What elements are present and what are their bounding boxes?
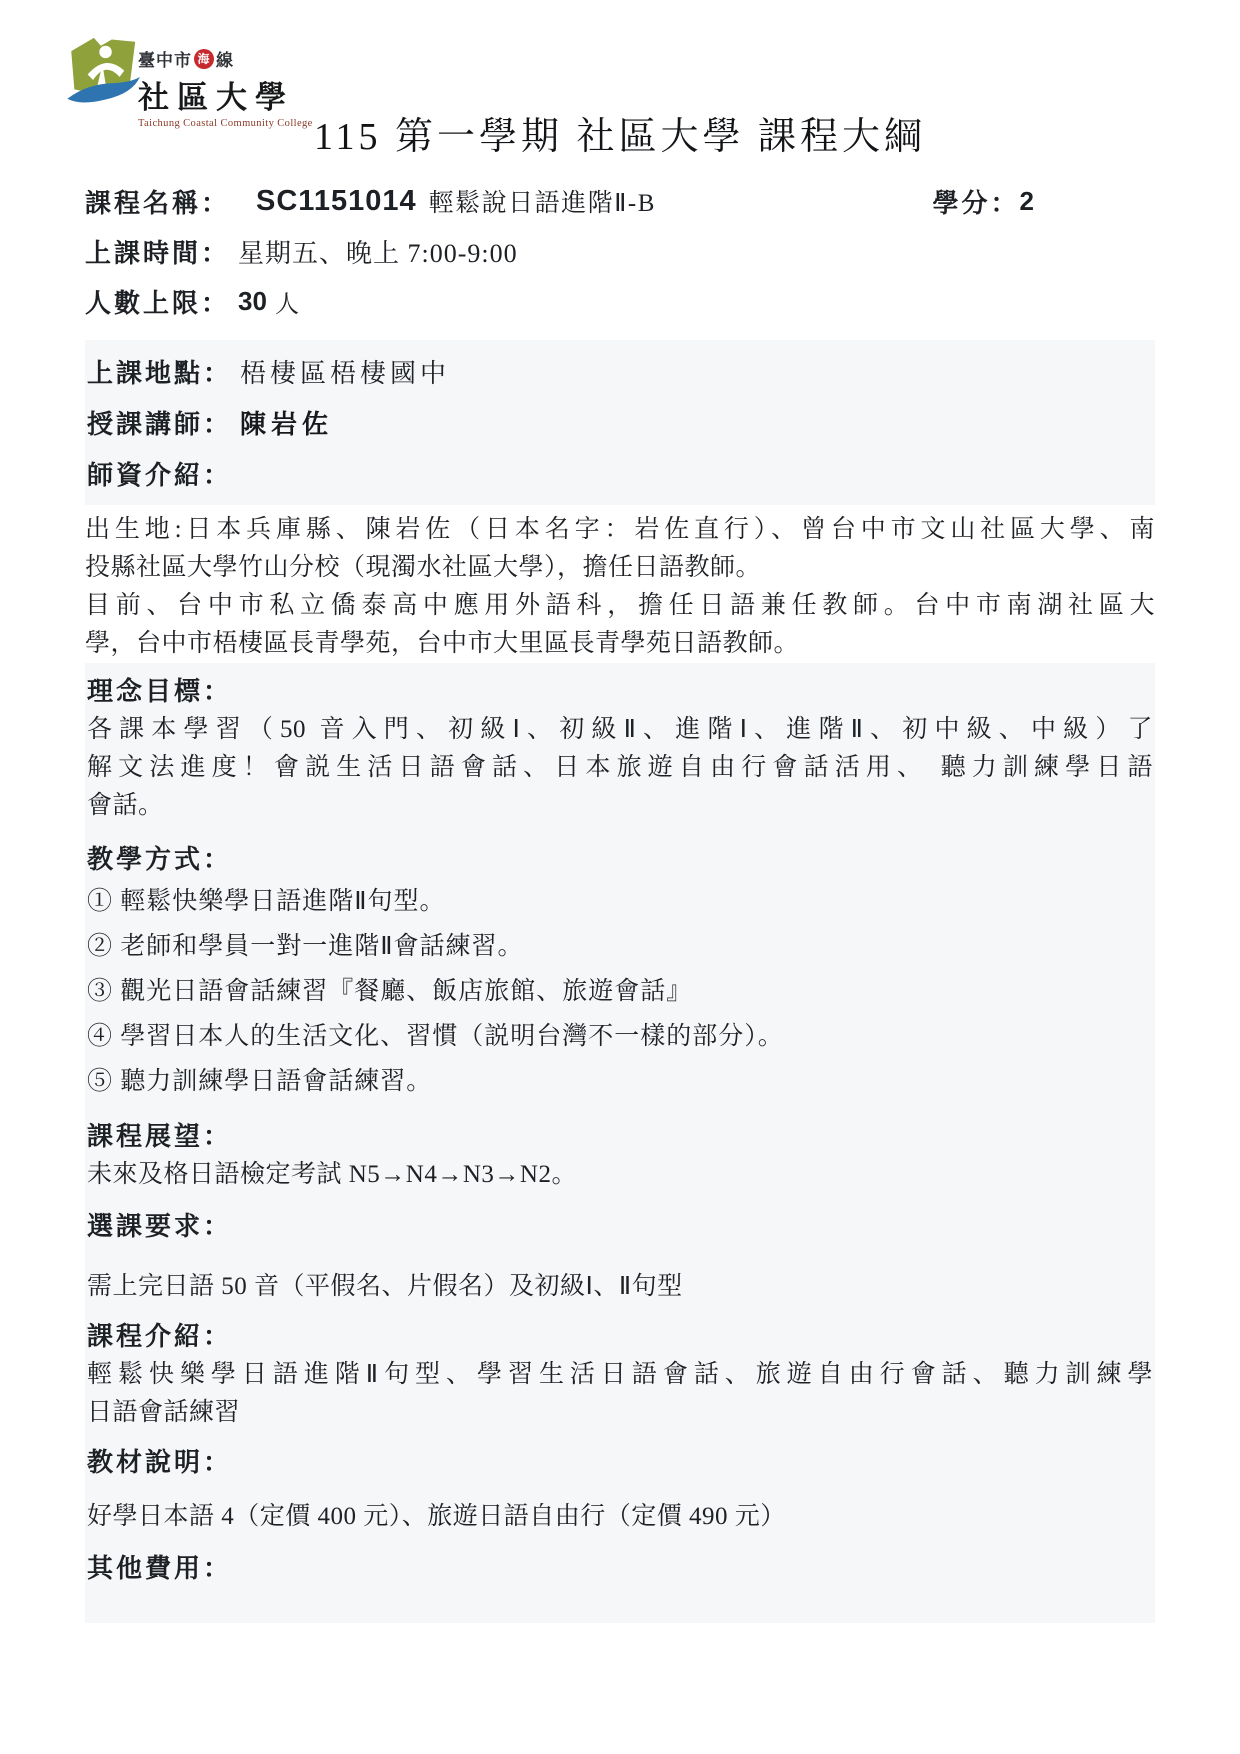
class-time-label: 上課時間： — [85, 233, 230, 270]
course-title: 輕鬆說日語進階Ⅱ-B — [429, 183, 656, 219]
logo-college-name-en: Taichung Coastal Community College — [138, 118, 313, 129]
methods-list: ① 輕鬆快樂學日語進階Ⅱ句型。 ② 老師和學員一對一進階Ⅱ會話練習。 ③ 觀光日… — [87, 879, 1153, 1104]
goals-line: 解文法進度！會説生活日語會話、日本旅遊自由行會話活用、 聽力訓練學日語 — [87, 749, 1153, 787]
materials-line: 好學日本語 4（定價 400 元）、旅遊日語自由行（定價 490 元） — [87, 1498, 1153, 1536]
logo-seal-icon: 海 — [194, 49, 214, 69]
instructor-value: 陳岩佐 — [240, 404, 333, 441]
capacity-label: 人數上限： — [85, 283, 230, 320]
college-logo-text: 臺中市 海 線 社區大學 Taichung Coastal Community … — [138, 34, 313, 129]
bio-paragraph: 出生地:日本兵庫縣、陳岩佐（日本名字：岩佐直行）、曾台中市文山社區大學、南 投縣… — [85, 511, 1155, 663]
intro-heading: 課程介紹： — [87, 1316, 1153, 1356]
bio-line: 目前、台中市私立僑泰高中應用外語科，擔任日語兼任教師。台中市南湖社區大 — [85, 587, 1155, 625]
location-value: 梧棲區梧棲國中 — [240, 353, 450, 390]
class-time-row: 上課時間： 星期五、晚上 7:00-9:00 — [85, 226, 1155, 276]
location-instructor-panel: 上課地點： 梧棲區梧棲國中 授課講師： 陳岩佐 師資介紹： — [85, 340, 1155, 505]
goals-paragraph: 各課本學習（50 音入門、初級Ⅰ、初級Ⅱ、進階Ⅰ、進階Ⅱ、初中級、中級）了 解文… — [87, 711, 1153, 825]
location-row: 上課地點： 梧棲區梧棲國中 — [87, 346, 1153, 397]
bio-line: 出生地:日本兵庫縣、陳岩佐（日本名字：岩佐直行）、曾台中市文山社區大學、南 — [85, 511, 1155, 549]
logo-region-prefix: 臺中市 — [138, 46, 192, 71]
capacity-unit: 人 — [275, 284, 299, 319]
logo-region-suffix: 線 — [216, 46, 234, 71]
goals-heading: 理念目標： — [87, 671, 1153, 711]
course-name-row: 課程名稱： SC1151014 輕鬆說日語進階Ⅱ-B 學分： 2 — [85, 176, 1155, 226]
credits-label: 學分： — [933, 183, 1020, 220]
intro-line: 日語會話練習 — [87, 1394, 1153, 1432]
intro-line: 輕鬆快樂學日語進階Ⅱ句型、學習生活日語會話、旅遊自由行會話、聽力訓練學 — [87, 1356, 1153, 1394]
goals-line: 各課本學習（50 音入門、初級Ⅰ、初級Ⅱ、進階Ⅰ、進階Ⅱ、初中級、中級）了 — [87, 711, 1153, 749]
methods-item: ① 輕鬆快樂學日語進階Ⅱ句型。 — [87, 879, 1153, 924]
class-time-value: 星期五、晚上 7:00-9:00 — [238, 233, 518, 270]
methods-item: ② 老師和學員一對一進階Ⅱ會話練習。 — [87, 924, 1153, 969]
methods-item: ⑤ 聽力訓練學日語會話練習。 — [87, 1059, 1153, 1104]
bio-heading: 師資介紹： — [87, 455, 232, 492]
logo-person-head — [99, 46, 111, 58]
methods-item: ③ 觀光日語會話練習『餐廳、飯店旅館、旅遊會話』 — [87, 969, 1153, 1014]
fees-heading: 其他費用： — [87, 1548, 1153, 1588]
capacity-row: 人數上限： 30 人 — [85, 276, 1155, 326]
course-code: SC1151014 — [256, 185, 417, 218]
materials-heading: 教材說明： — [87, 1442, 1153, 1482]
outlook-line: 未來及格日語檢定考試 N5→N4→N3→N2。 — [87, 1156, 1153, 1194]
methods-heading: 教學方式： — [87, 839, 1153, 879]
college-logo-mark — [64, 34, 144, 112]
instructor-label: 授課講師： — [87, 404, 232, 441]
bio-heading-row: 師資介紹： — [87, 448, 1153, 499]
location-label: 上課地點： — [87, 353, 232, 390]
outlook-heading: 課程展望： — [87, 1116, 1153, 1156]
instructor-row: 授課講師： 陳岩佐 — [87, 397, 1153, 448]
requirements-heading: 選課要求： — [87, 1206, 1153, 1246]
intro-paragraph: 輕鬆快樂學日語進階Ⅱ句型、學習生活日語會話、旅遊自由行會話、聽力訓練學 日語會話… — [87, 1356, 1153, 1432]
methods-item: ④ 學習日本人的生活文化、習慣（説明台灣不一樣的部分）。 — [87, 1014, 1153, 1059]
credits-value: 2 — [1020, 186, 1037, 217]
credits: 學分： 2 — [933, 183, 1037, 220]
bio-line: 投縣社區大學竹山分校（現濁水社區大學），擔任日語教師。 — [85, 549, 1155, 587]
course-name-label: 課程名稱： — [85, 183, 230, 220]
capacity-number: 30 — [238, 286, 267, 317]
logo-college-name: 社區大學 — [138, 72, 313, 117]
syllabus-content: 課程名稱： SC1151014 輕鬆說日語進階Ⅱ-B 學分： 2 上課時間： 星… — [85, 176, 1155, 1623]
sections-panel: 理念目標： 各課本學習（50 音入門、初級Ⅰ、初級Ⅱ、進階Ⅰ、進階Ⅱ、初中級、中… — [85, 663, 1155, 1623]
college-logo: 臺中市 海 線 社區大學 Taichung Coastal Community … — [64, 34, 313, 129]
bio-line: 學，台中市梧棲區長青學苑，台中市大里區長青學苑日語教師。 — [85, 625, 1155, 663]
goals-line: 會話。 — [87, 787, 1153, 825]
requirements-line: 需上完日語 50 音（平假名、片假名）及初級Ⅰ、Ⅱ句型 — [87, 1268, 1153, 1306]
syllabus-page: 臺中市 海 線 社區大學 Taichung Coastal Community … — [0, 0, 1240, 1754]
logo-region-line: 臺中市 海 線 — [138, 46, 313, 71]
